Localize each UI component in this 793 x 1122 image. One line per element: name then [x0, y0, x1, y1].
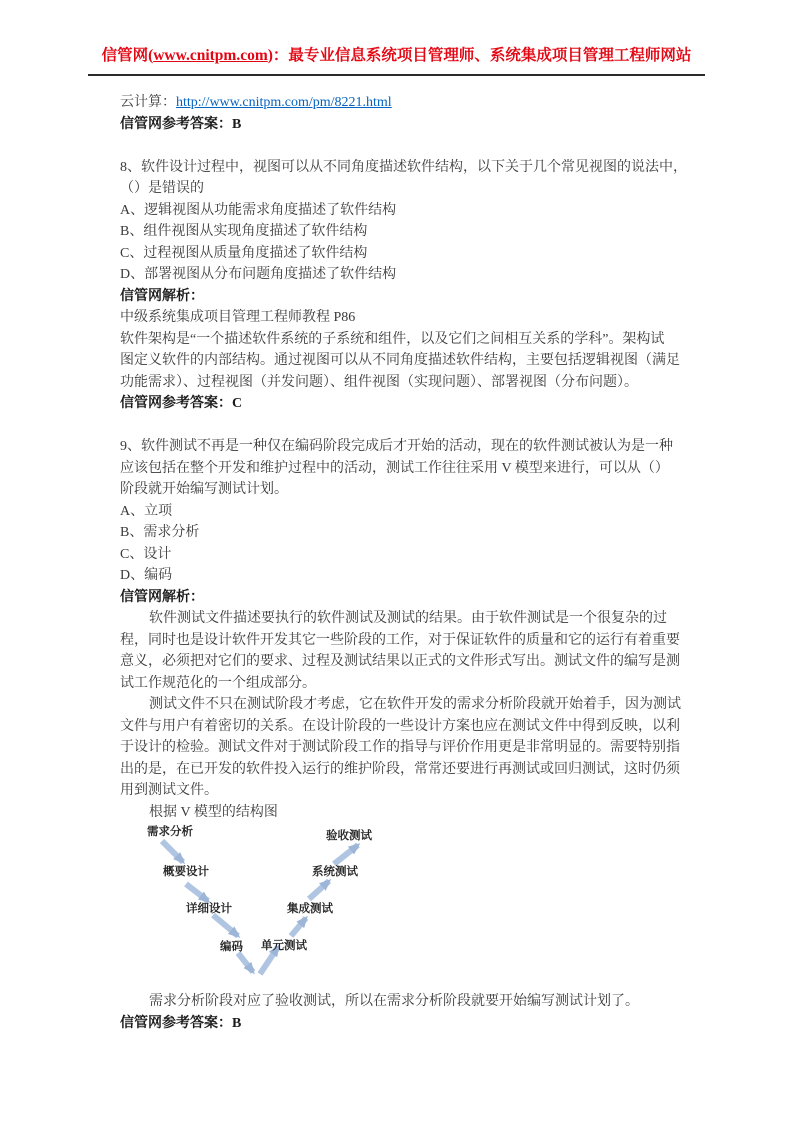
- answer-label: 信管网参考答案：: [120, 1016, 232, 1031]
- question-9-option-c: C、设计: [120, 544, 686, 566]
- arrow-detailed-design-to-coding: [213, 915, 238, 936]
- question-8-analysis-line-2: 软件架构是“一个描述软件系统的子系统和组件，以及它们之间相互关系的学科”。架构试: [120, 329, 686, 351]
- arrow-system-to-acceptance-test: [334, 845, 358, 864]
- question-8-stem-line-1: 8、软件设计过程中，视图可以从不同角度描述软件结构，以下关于几个常见视图的说法中…: [120, 157, 686, 179]
- question-9-option-b: B、需求分析: [120, 522, 686, 544]
- question-9-answer-line: 信管网参考答案：B: [120, 1013, 686, 1035]
- v-model-stage-acceptance-test: 验收测试: [326, 830, 372, 843]
- question-9-analysis-line-3: 意义，必须把对它们的要求、过程及测试结果以正式的文件形式写出。测试文件的编写是测: [120, 651, 686, 673]
- question-8-answer-line: 信管网参考答案：C: [120, 393, 686, 415]
- spacer: [120, 135, 686, 157]
- question-8-analysis-line-4: 功能需求）、过程视图（并发问题）、组件视图（实现问题）、部署视图（分布问题）。: [120, 372, 686, 394]
- v-model-stage-integration-test: 集成测试: [287, 903, 333, 916]
- answer-label: 信管网参考答案：: [120, 117, 232, 132]
- question-8-analysis-line-1: 中级系统集成项目管理工程师教程 P86: [120, 307, 686, 329]
- arrow-unit-to-integration-test: [291, 918, 306, 936]
- document-body: 云计算：http://www.cnitpm.com/pm/8221.html 信…: [120, 92, 686, 1034]
- question-8-option-c: C、过程视图从质量角度描述了软件结构: [120, 243, 686, 265]
- answer-line-top: 信管网参考答案：B: [120, 114, 686, 136]
- site-banner: 信管网(www.cnitpm.com)：最专业信息系统项目管理师、系统集成项目管…: [88, 45, 705, 76]
- question-9-analysis-line-8: 出的是，在已开发的软件投入运行的维护阶段，常常还要进行再测试或回归测试，这时仍须: [120, 759, 686, 781]
- v-model-stage-system-test: 系统测试: [312, 866, 358, 879]
- arrow-coding-to-v-bottom: [238, 953, 253, 972]
- question-9-analysis-line-5: 测试文件不只在测试阶段才考虑，它在软件开发的需求分析阶段就开始着手，因为测试: [120, 694, 686, 716]
- question-9-stem-line-2: 应该包括在整个开发和维护过程中的活动，测试工作往往采用 V 模型来进行，可以从（…: [120, 458, 686, 480]
- question-9-analysis-line-7: 于设计的检验。测试文件对于测试阶段工作的指导与评价作用更是非常明显的。需要特别指: [120, 737, 686, 759]
- banner-prefix: 信管网(: [102, 47, 154, 64]
- answer-value: B: [232, 1016, 241, 1031]
- arrow-outline-to-detailed-design: [186, 884, 208, 901]
- question-9-stem-line-1: 9、软件测试不再是一种仅在编码阶段完成后才开始的活动，现在的软件测试被认为是一种: [120, 436, 686, 458]
- cloud-computing-link[interactable]: http://www.cnitpm.com/pm/8221.html: [176, 95, 392, 110]
- question-9-analysis-line-4: 试工作规范化的一个组成部分。: [120, 673, 686, 695]
- question-8-analysis-heading: 信管网解析：: [120, 286, 686, 308]
- spacer: [120, 415, 686, 437]
- question-9-analysis-line-6: 文件与用户有着密切的关系。在设计阶段的一些设计方案也应在测试文件中得到反映，以利: [120, 716, 686, 738]
- question-9-analysis-heading: 信管网解析：: [120, 587, 686, 609]
- question-8-stem-line-2: （）是错误的: [120, 178, 686, 200]
- cloud-computing-label: 云计算：: [120, 95, 176, 110]
- arrow-requirements-to-outline-design: [162, 841, 183, 862]
- arrow-integration-to-system-test: [309, 881, 329, 899]
- question-9-stem-line-3: 阶段就开始编写测试计划。: [120, 479, 686, 501]
- question-9-analysis-line-9: 用到测试文件。: [120, 780, 686, 802]
- question-9-analysis-line-1: 软件测试文件描述要执行的软件测试及测试的结果。由于软件测试是一个很复杂的过: [120, 608, 686, 630]
- question-9-option-a: A、立项: [120, 501, 686, 523]
- v-model-stage-unit-test: 单元测试: [261, 940, 307, 953]
- question-8-option-b: B、组件视图从实现角度描述了软件结构: [120, 221, 686, 243]
- v-model-stage-coding: 编码: [220, 941, 243, 954]
- question-8-option-a: A、逻辑视图从功能需求角度描述了软件结构: [120, 200, 686, 222]
- answer-label: 信管网参考答案：: [120, 396, 232, 411]
- v-model-stage-requirements-analysis: 需求分析: [147, 826, 193, 839]
- v-model-diagram: 需求分析 概要设计 详细设计 编码 单元测试 集成测试 系统测试 验收测试: [120, 823, 560, 991]
- v-model-stage-detailed-design: 详细设计: [186, 903, 232, 916]
- question-9-analysis-line-2: 程，同时也是设计软件开发其它一些阶段的工作，对于保证软件的质量和它的运行有着重要: [120, 630, 686, 652]
- cloud-computing-link-line: 云计算：http://www.cnitpm.com/pm/8221.html: [120, 92, 686, 114]
- question-8-option-d: D、部署视图从分布问题角度描述了软件结构: [120, 264, 686, 286]
- v-model-stage-outline-design: 概要设计: [163, 866, 209, 879]
- question-9-conclusion: 需求分析阶段对应了验收测试，所以在需求分析阶段就要开始编写测试计划了。: [120, 991, 686, 1013]
- answer-value: C: [232, 396, 242, 411]
- v-model-caption: 根据 V 模型的结构图: [120, 802, 686, 824]
- banner-site-url: www.cnitpm.com: [153, 47, 268, 64]
- question-9-option-d: D、编码: [120, 565, 686, 587]
- document-page: 信管网(www.cnitpm.com)：最专业信息系统项目管理师、系统集成项目管…: [0, 0, 793, 1122]
- answer-value: B: [232, 117, 241, 132]
- question-8-analysis-line-3: 图定义软件的内部结构。通过视图可以从不同角度描述软件结构，主要包括逻辑视图（满足: [120, 350, 686, 372]
- banner-suffix: )：最专业信息系统项目管理师、系统集成项目管理工程师网站: [268, 47, 692, 64]
